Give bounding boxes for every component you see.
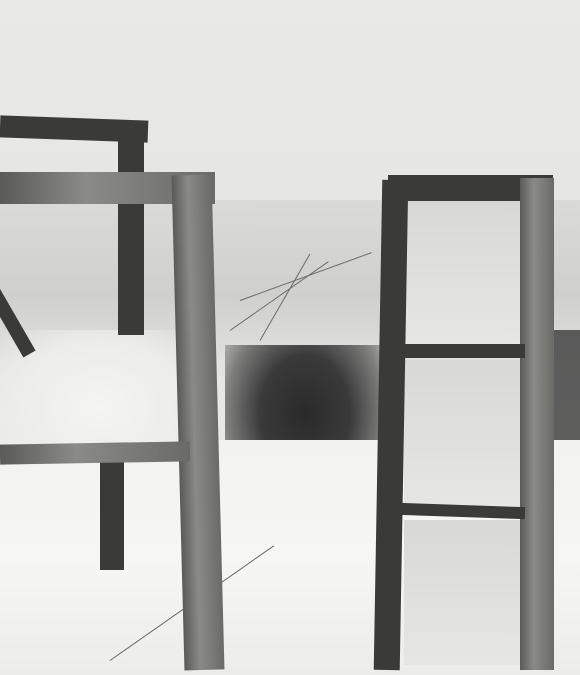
left-frame-cross-rail	[0, 441, 190, 464]
window-right-stile	[520, 178, 554, 670]
window-upper-mullion	[400, 344, 525, 358]
window-pane-top	[404, 200, 522, 345]
back-frame-leg	[100, 460, 124, 570]
back-frame-post	[118, 135, 144, 335]
photograph	[0, 0, 580, 675]
window-pane-bottom	[404, 520, 522, 665]
window-pane-middle	[404, 360, 522, 510]
